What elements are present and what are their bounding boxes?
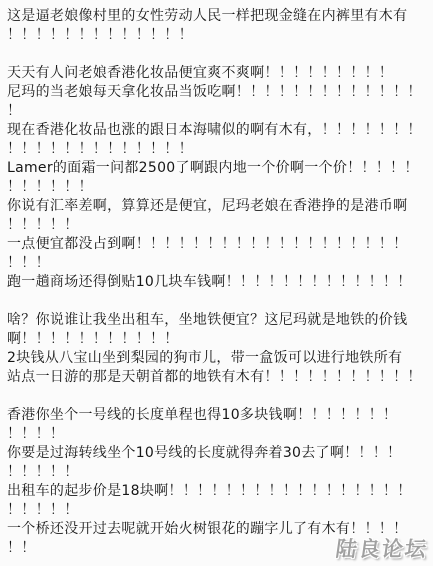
text-line: ！！！！！！！！！！！！！ bbox=[7, 140, 429, 159]
text-line: 一点便宜都没占到啊！！！！！！！！！！！！！！！！！！！ bbox=[7, 235, 429, 254]
text-line: 这是逼老娘像村里的女性劳动人民一样把现金缝在内裤里有木有 bbox=[7, 7, 429, 26]
paragraph-group: 天天有人问老娘香港化妆品便宜爽不爽啊！！！！！！！！！尼玛的当老娘每天拿化妆品当… bbox=[7, 64, 429, 292]
text-line: 站点一日游的那是天朝首都的地铁有木有！！！！！！！！！！！ bbox=[7, 368, 429, 387]
text-line: ！！！ bbox=[7, 254, 429, 273]
text-line: 啥？你说谁让我坐出租车，坐地铁便宜？这尼玛就是地铁的价钱 bbox=[7, 311, 429, 330]
text-line: 天天有人问老娘香港化妆品便宜爽不爽啊！！！！！！！！！ bbox=[7, 64, 429, 83]
text-line: ！！！！！！ bbox=[7, 178, 429, 197]
text-line: 香港你坐个一号线的长度单程也得10多块钱啊！！！！！！！ bbox=[7, 406, 429, 425]
text-line: 现在香港化妆品也涨的跟日本海啸似的啊有木有，！！！！！！！ bbox=[7, 121, 429, 140]
text-line: ！ bbox=[7, 102, 429, 121]
text-line: Lamer的面霜一问都2500了啊跟内地一个价啊一个价！！！！！ bbox=[7, 159, 429, 178]
text-line: ！！！！！ bbox=[7, 216, 429, 235]
text-line: ！！！！！！！！！！！！！ bbox=[7, 26, 429, 45]
post-body: 这是逼老娘像村里的女性劳动人民一样把现金缝在内裤里有木有！！！！！！！！！！！！… bbox=[0, 0, 433, 558]
text-line: 你要是过海转线坐个10号线的长度就得奔着30去了啊！！！！ bbox=[7, 444, 429, 463]
text-line: 2块钱从八宝山坐到梨园的狗市儿，带一盒饭可以进行地铁所有 bbox=[7, 349, 429, 368]
text-line: 跑一趟商场还得倒贴10几块车钱啊！！！！！！！！！！！！！ bbox=[7, 273, 429, 292]
text-line: 尼玛的当老娘每天拿化妆品当饭吃啊！！！！！！！！！！！！！ bbox=[7, 83, 429, 102]
text-line: ！！！！ bbox=[7, 425, 429, 444]
text-line: 啊！！！！！！！！！！！ bbox=[7, 330, 429, 349]
watermark: 陆良论坛 bbox=[334, 533, 430, 563]
paragraph-group: 啥？你说谁让我坐出租车，坐地铁便宜？这尼玛就是地铁的价钱啊！！！！！！！！！！！… bbox=[7, 311, 429, 387]
paragraph-group: 这是逼老娘像村里的女性劳动人民一样把现金缝在内裤里有木有！！！！！！！！！！！！… bbox=[7, 7, 429, 45]
text-line: ！！！！！ bbox=[7, 501, 429, 520]
text-line: 出租车的起步价是18块啊！！！！！！！！！！！！！！！！！ bbox=[7, 482, 429, 501]
text-line: 你说有汇率差啊，算算还是便宜，尼玛老娘在香港挣的是港币啊 bbox=[7, 197, 429, 216]
text-line: ！！！！！ bbox=[7, 463, 429, 482]
